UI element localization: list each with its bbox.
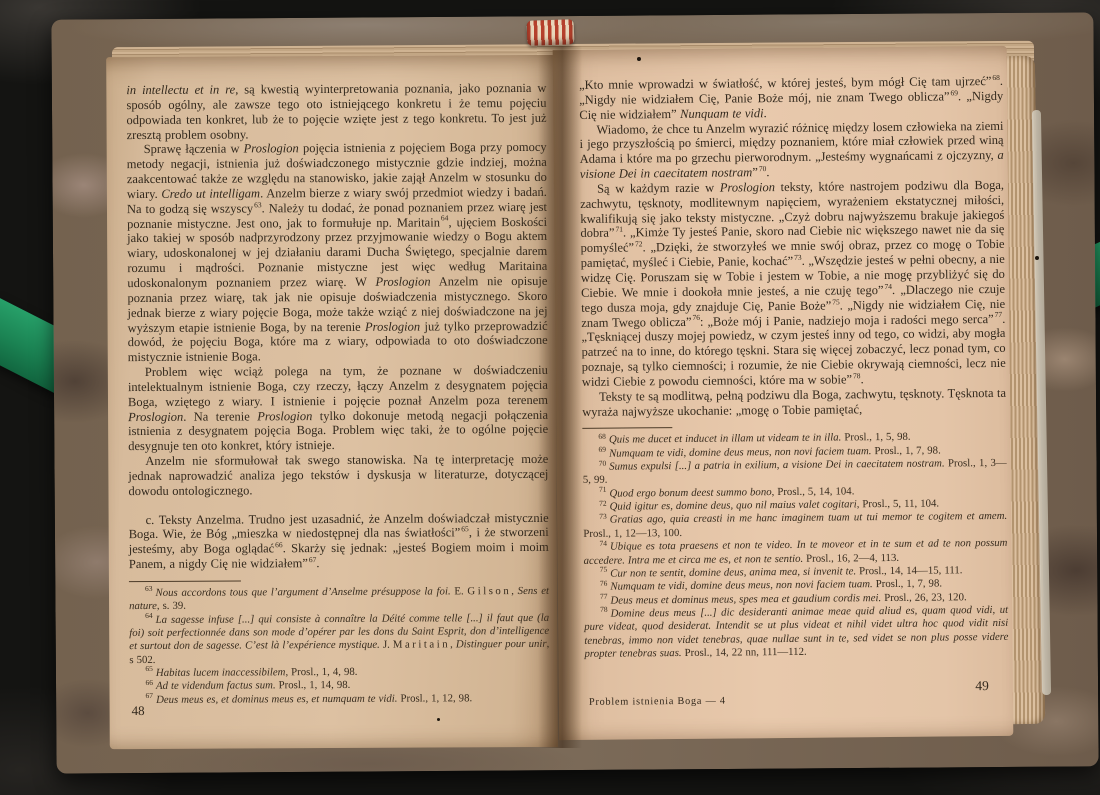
footnote-number: 66 [145, 678, 153, 687]
text-segment: . [764, 106, 767, 120]
text-segment: Wiadomo, że chce tu Anzelm wyrazić różni… [580, 118, 1004, 166]
text-segment: Prosl., 1, 7, 98. [873, 578, 942, 591]
footnote-number: 73 [599, 512, 607, 521]
text-segment: Proslogion [244, 142, 299, 156]
footnote-ref: 68 [992, 73, 1000, 82]
dust-speck [1035, 256, 1039, 260]
paragraph: Wiadomo, że chce tu Anzelm wyrazić różni… [579, 118, 1004, 181]
text-segment: Prosl., 14, 22 nn, 111—112. [682, 646, 807, 659]
footnote-ref: 63 [254, 200, 262, 209]
paragraph: in intellectu et in re, są kwestią wyint… [126, 81, 546, 143]
paragraph: Są w każdym razie w Proslogion teksty, k… [580, 178, 1006, 390]
page-left-footnote-list: 63Nous accordons tous que l’argument d’A… [129, 585, 550, 707]
footnote-ref: 75 [832, 297, 840, 306]
footnote-number: 68 [598, 432, 606, 441]
footnote-number: 72 [599, 498, 607, 507]
footnote-separator [129, 580, 241, 582]
page-right: „Kto mnie wprowadzi w światłość, w które… [553, 46, 1014, 740]
text-segment: Nous accordons tous que l’argument d’Ans… [155, 585, 450, 599]
text-segment: Maritain [393, 639, 450, 651]
text-segment: Quod ergo bonum deest summo bono [609, 486, 771, 500]
footnote: 67Deus meus es, et dominus meus es, et n… [130, 692, 550, 708]
text-segment: Proslogion [720, 180, 775, 195]
text-segment: Prosl., 16, 2—4, 113. [803, 551, 899, 564]
footnote-number: 76 [600, 578, 608, 587]
footnote-ref: 69 [950, 88, 958, 97]
text-segment: . [766, 165, 769, 179]
page-left-footnotes: 63Nous accordons tous que l’argument d’A… [129, 579, 550, 707]
footnote: 70Sumus expulsi [...] a patria in exiliu… [583, 457, 1007, 488]
paragraph: „Kto mnie wprowadzi w światłość, w które… [579, 74, 1003, 123]
footnote-ref: 76 [692, 313, 700, 322]
text-segment: Prosl., 1, 12—13, 100. [583, 527, 682, 540]
text-segment: Prosl., 14, 14—15, 111. [856, 564, 962, 577]
footnote-ref: 72 [635, 239, 643, 248]
text-segment: Habitas lucem inaccessibilem [156, 666, 286, 679]
text-segment: Proslogion [375, 274, 430, 288]
footnote-number: 65 [145, 664, 153, 673]
footnote-ref: 67 [309, 555, 317, 564]
footnote-separator [582, 427, 672, 429]
text-segment: , s. 39. [157, 600, 186, 612]
text-segment: . [860, 372, 863, 386]
footnote-number: 70 [599, 458, 607, 467]
text-segment: Anzelm nie sformułował tak swego stanowi… [128, 452, 548, 498]
text-segment: Sprawę łączenia w [144, 142, 244, 157]
footnote-number: 67 [146, 691, 154, 700]
text-segment: Problem więc wciąż polega na tym, że poz… [128, 363, 548, 409]
page-number-left: 48 [132, 703, 145, 719]
text-segment: Proslogion [128, 409, 183, 423]
running-footer: Problem istnienia Boga — 4 [589, 696, 726, 708]
footnote: 64La sagesse infuse [...] qui consiste à… [129, 612, 549, 668]
text-segment: . Na terenie [183, 409, 257, 423]
text-segment: Numquam te vidi, domine deus meus, non n… [609, 445, 871, 460]
text-segment: Ad te videndum factus sum. [156, 680, 276, 693]
footnote-ref: 66 [275, 540, 283, 549]
text-segment: in intellectu et in re [126, 83, 235, 98]
text-segment: Sumus expulsi [...] a patria in exilium,… [609, 458, 945, 473]
text-segment: Są w każdym razie w [597, 181, 720, 196]
text-segment: Quid igitur es, domine deus, quo nil mai… [610, 498, 857, 512]
text-segment: Credo ut intelligam [161, 186, 260, 201]
text-segment: Deus meus es, et dominus meus es, et num… [156, 692, 397, 705]
dust-speck [437, 718, 440, 721]
footnote-ref: 73 [794, 253, 802, 262]
page-left: in intellectu et in re, są kwestią wyint… [106, 55, 558, 749]
text-segment: Distinguer pour unir [456, 638, 547, 650]
footnote-number: 63 [145, 584, 153, 593]
footnote: 78Domine deus meus [...] dic desideranti… [584, 604, 1008, 661]
footnote-number: 75 [600, 565, 608, 574]
footnote: 63Nous accordons tous que l’argument d’A… [129, 585, 549, 614]
paragraph: Anzelm nie sformułował tak swego stanowi… [128, 452, 548, 499]
paragraph: c. Teksty Anzelma. Trudno jest uzasadnić… [129, 510, 549, 572]
text-segment: Gratias ago, quia creasti in me hanc ima… [610, 510, 1008, 526]
text-segment: , Prosl., 5, 11, 104. [857, 498, 940, 511]
footnote-number: 74 [599, 538, 607, 547]
page-right-footnotes: 68Quis me ducet et inducet in illam ut v… [582, 424, 1008, 661]
text-segment: ” [752, 165, 758, 179]
page-number-right: 49 [975, 678, 989, 694]
text-segment: Numquam te vidi, domine deus meus, non n… [610, 578, 872, 593]
text-segment: , Prosl., 5, 14, 104. [772, 485, 855, 498]
text-segment: Teksty te są modlitwą, pełną podziwu dla… [582, 386, 1006, 419]
text-segment: Proslogion [257, 409, 312, 423]
text-segment: Cur non te sentit, domine deus, anima me… [610, 565, 856, 579]
text-segment: Prosl., 1, 5, 98. [841, 431, 910, 444]
page-right-body-text: „Kto mnie wprowadzi w światłość, w które… [579, 74, 1006, 419]
page-right-footnote-list: 68Quis me ducet et inducet in illam ut v… [582, 430, 1008, 661]
footnote-ref: 77 [995, 310, 1003, 319]
footnote-number: 69 [598, 445, 606, 454]
text-segment: Nunquam te vidi [680, 106, 764, 121]
paragraph: Problem więc wciąż polega na tym, że poz… [128, 363, 548, 454]
text-segment: , Prosl., 1, 4, 98. [285, 666, 357, 678]
text-segment: Deus meus et dominus meus, spes mea et g… [610, 592, 881, 607]
footnote-ref: 74 [884, 282, 892, 291]
footnote-ref: 78 [853, 371, 861, 380]
page-left-body-text: in intellectu et in re, są kwestią wyint… [126, 81, 549, 572]
paragraph: Teksty te są modlitwą, pełną podziwu dla… [582, 386, 1006, 420]
spine-headband [527, 19, 575, 46]
footnote-number: 78 [600, 605, 608, 614]
text-segment: Gilson [467, 585, 511, 597]
page-left-content: in intellectu et in re, są kwestią wyint… [106, 55, 557, 707]
footnote-number: 64 [145, 611, 153, 620]
footnote: 73Gratias ago, quia creasti in me hanc i… [583, 510, 1007, 541]
text-segment: Prosl., 26, 23, 120. [881, 591, 967, 604]
footnote-number: 77 [600, 592, 608, 601]
text-segment: Proslogion [365, 319, 420, 333]
text-segment: Prosl., 1, 14, 98. [276, 679, 351, 691]
text-segment: E. [451, 585, 468, 597]
text-segment: Prosl., 1, 12, 98. [397, 692, 472, 704]
footnote-number: 71 [599, 485, 607, 494]
text-segment: Ubique es tota praesens et non te video.… [584, 537, 1008, 566]
paragraph: Sprawę łączenia w Proslogion pojęcia ist… [127, 140, 548, 365]
text-segment: Prosl., 1, 7, 98. [871, 444, 940, 457]
text-segment: J. [380, 639, 393, 651]
text-segment: . [316, 556, 319, 570]
footnote: 74Ubique es tota praesens et non te vide… [583, 537, 1007, 568]
footnote-ref: 71 [615, 225, 623, 234]
text-segment: Quis me ducet et inducet in illam ut vid… [609, 432, 841, 446]
page-right-content: „Kto mnie wprowadzi w światłość, w które… [553, 46, 1013, 662]
dust-speck [637, 57, 641, 61]
